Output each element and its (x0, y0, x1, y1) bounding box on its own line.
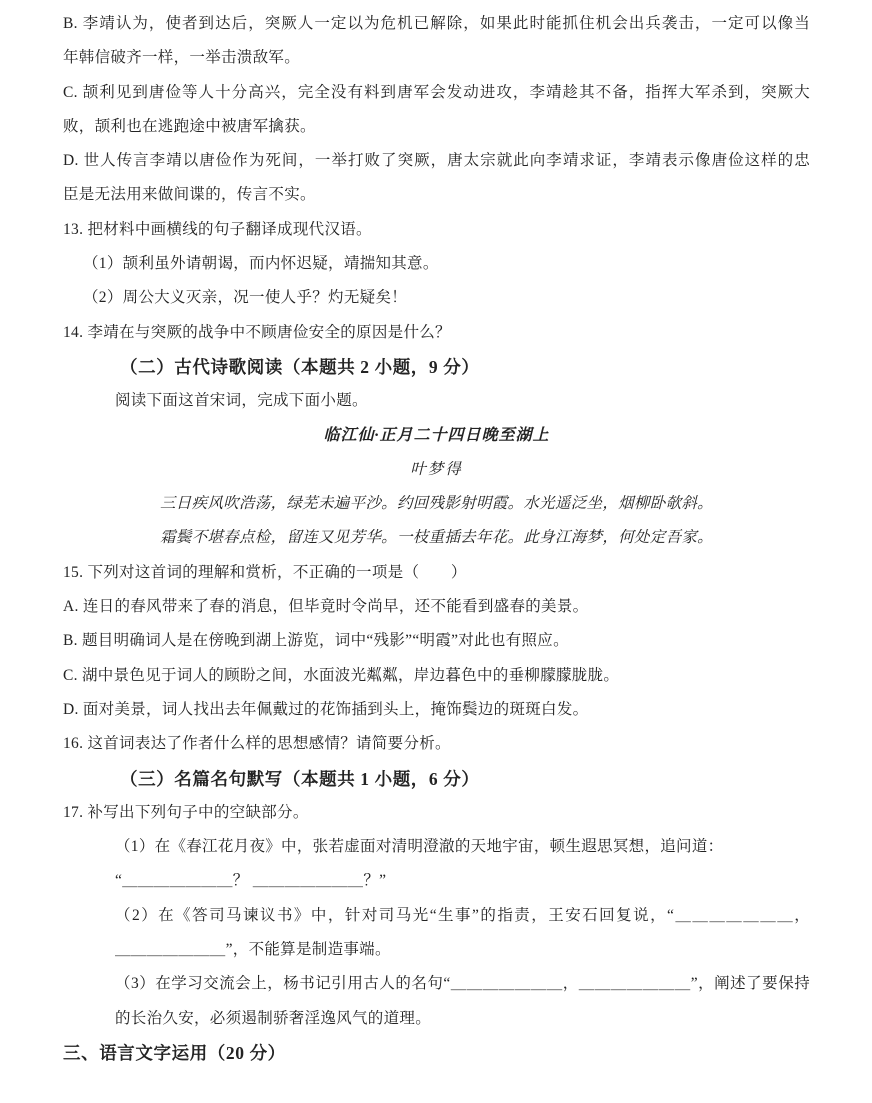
question-15-option-c: C. 湖中景色见于词人的顾盼之间，水面波光粼粼，岸边暮色中的垂柳朦朦胧胧。 (63, 659, 810, 693)
poem-line-2: 霜鬓不堪春点检，留连又见芳华。一枝重插去年花。此身江海梦，何处定吾家。 (63, 521, 810, 555)
question-17-item-2-line-2: ＿＿＿＿＿＿＿”，不能算是制造事端。 (63, 933, 810, 967)
question-17-item-1-blanks: “＿＿＿＿＿＿＿？ ＿＿＿＿＿＿＿？” (63, 864, 810, 898)
section-header-poetry: （二）古代诗歌阅读（本题共 2 小题，9 分） (63, 350, 810, 384)
question-15-option-b: B. 题目明确词人是在傍晚到湖上游览，词中“残影”“明霞”对此也有照应。 (63, 624, 810, 658)
section-header-dictation: （三）名篇名句默写（本题共 1 小题，6 分） (63, 762, 810, 796)
section-header-language-use: 三、语言文字运用（20 分） (63, 1036, 810, 1070)
question-17-item-3-line-1: （3）在学习交流会上，杨书记引用古人的名句“＿＿＿＿＿＿＿，＿＿＿＿＿＿＿”，阐… (63, 967, 810, 1001)
question-13-stem: 13. 把材料中画横线的句子翻译成现代汉语。 (63, 213, 810, 247)
question-15-option-a: A. 连日的春风带来了春的消息，但毕竟时令尚早，还不能看到盛春的美景。 (63, 590, 810, 624)
poem-title: 临江仙·正月二十四日晚至湖上 (63, 419, 810, 453)
question-17-stem: 17. 补写出下列句子中的空缺部分。 (63, 796, 810, 830)
option-b-line-1: B. 李靖认为，使者到达后，突厥人一定以为危机已解除，如果此时能抓住机会出兵袭击… (63, 7, 810, 41)
question-17-item-1-line-1: （1）在《春江花月夜》中，张若虚面对清明澄澈的天地宇宙，顿生遐思冥想，追问道： (63, 830, 810, 864)
poem-line-1: 三日疾风吹浩荡，绿芜未遍平沙。约回残影射明霞。水光遥泛坐，烟柳卧欹斜。 (63, 487, 810, 521)
question-17-item-2-line-1: （2）在《答司马谏议书》中，针对司马光“生事”的指责，王安石回复说，“＿＿＿＿＿… (63, 899, 810, 933)
question-16-stem: 16. 这首词表达了作者什么样的思想感情？请简要分析。 (63, 727, 810, 761)
option-c-line-2: 败，颉利也在逃跑途中被唐军擒获。 (63, 110, 810, 144)
option-c-line-1: C. 颉利见到唐俭等人十分高兴，完全没有料到唐军会发动进攻，李靖趁其不备，指挥大… (63, 76, 810, 110)
question-14-stem: 14. 李靖在与突厥的战争中不顾唐俭安全的原因是什么？ (63, 316, 810, 350)
exam-page: B. 李靖认为，使者到达后，突厥人一定以为危机已解除，如果此时能抓住机会出兵袭击… (0, 0, 872, 1103)
question-15-option-d: D. 面对美景，词人找出去年佩戴过的花饰插到头上，掩饰鬓边的斑斑白发。 (63, 693, 810, 727)
question-13-item-1: （1）颉利虽外请朝谒，而内怀迟疑，靖揣知其意。 (63, 247, 810, 281)
poem-intro: 阅读下面这首宋词，完成下面小题。 (63, 384, 810, 418)
poem-author: 叶梦得 (63, 453, 810, 487)
option-d-line-1: D. 世人传言李靖以唐俭作为死间，一举打败了突厥，唐太宗就此向李靖求证，李靖表示… (63, 144, 810, 178)
question-15-stem: 15. 下列对这首词的理解和赏析，不正确的一项是（ ） (63, 556, 810, 590)
option-b-line-2: 年韩信破齐一样，一举击溃敌军。 (63, 41, 810, 75)
option-d-line-2: 臣是无法用来做间谍的，传言不实。 (63, 178, 810, 212)
question-13-item-2: （2）周公大义灭亲，况一使人乎？灼无疑矣！ (63, 281, 810, 315)
question-17-item-3-line-2: 的长治久安，必须遏制骄奢淫逸风气的道理。 (63, 1002, 810, 1036)
